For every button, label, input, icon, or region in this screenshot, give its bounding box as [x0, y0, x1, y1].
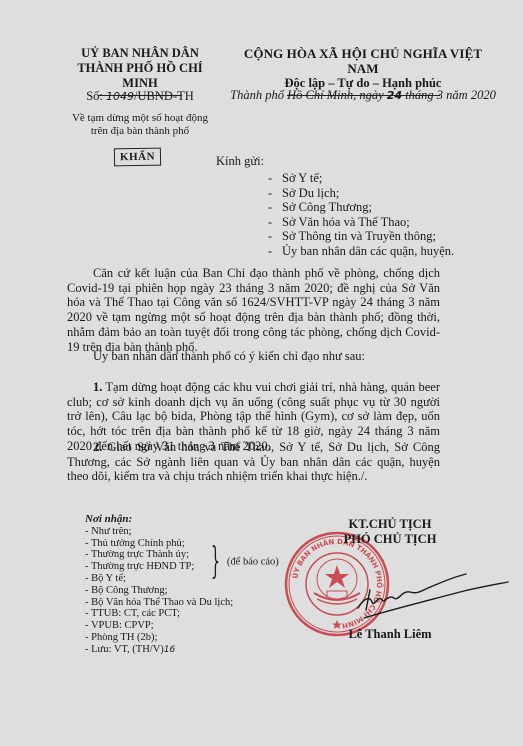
recipient-item: Ủy ban nhân dân các quận, huyện.: [268, 244, 454, 259]
signer-name: Lê Thanh Liêm: [320, 627, 460, 642]
doc-number-suffix: /UBND-TH: [134, 89, 194, 103]
item-2-number: 2.: [93, 440, 102, 454]
cc-item: Bộ Công Thương;: [85, 585, 233, 597]
cc-title: Nơi nhận:: [85, 514, 233, 526]
date-handwritten-day: 24: [387, 89, 402, 102]
body-paragraph-directive-intro: Ủy ban nhân dân thành phố có ý kiến chỉ …: [67, 349, 440, 364]
cc-list: Nơi nhận: Như trên; Thủ tướng Chính phủ;…: [85, 514, 233, 657]
recipients-label: Kính gửi:: [216, 154, 264, 169]
recipient-item: Sở Công Thương;: [268, 200, 454, 215]
document-subject: Về tạm dừng một số hoạt động trên địa bà…: [60, 112, 220, 138]
subject-line-1: Về tạm dừng một số hoạt động: [60, 112, 220, 125]
cc-handwritten-count: 16: [164, 645, 175, 655]
bracket-note: (để báo cáo): [227, 557, 279, 568]
cc-item: Bộ Văn hóa Thể Thao và Du lịch;: [85, 597, 233, 609]
cc-item: Phòng TH (2b);: [85, 632, 233, 644]
doc-number-handwritten: 1049: [106, 90, 134, 103]
signature-title: KT.CHỦ TỊCH PHÓ CHỦ TỊCH: [320, 517, 460, 547]
brace-icon: }: [211, 545, 220, 579]
item-2-text: Giao Sở Văn hóa và Thể Thao, Sở Y tế, Sở…: [67, 440, 440, 483]
body-paragraph-basis: Ủy ban nhân dân thành phố có ý kiến chỉ …: [67, 266, 440, 354]
item-1-number: 1.: [93, 380, 102, 394]
recipient-item: Sở Du lịch;: [268, 186, 454, 201]
nation-title: CỘNG HÒA XÃ HỘI CHỦ NGHĨA VIỆT NAM: [228, 46, 498, 76]
recipient-item: Sở Y tế;: [268, 171, 454, 186]
urgent-stamp: KHẨN: [114, 148, 161, 167]
agency-line-1: UỶ BAN NHÂN DÂN: [60, 46, 220, 61]
handwritten-signature-icon: [350, 570, 510, 630]
recipient-item: Sở Thông tin và Truyền thông;: [268, 229, 454, 244]
directive-intro-text: Ủy ban nhân dân thành phố có ý kiến chỉ …: [67, 349, 440, 364]
report-bracket: }(để báo cáo): [204, 545, 279, 579]
recipient-item: Sở Văn hóa và Thể Thao;: [268, 215, 454, 230]
document-number: Số: 1049/UBND-TH: [60, 89, 220, 104]
date-line: Thành phố Hồ Chí Minh, ngày 24 tháng 3 n…: [228, 88, 498, 103]
signature-title-line-1: KT.CHỦ TỊCH: [320, 517, 460, 532]
doc-number-prefix: Số:: [86, 89, 106, 103]
cc-item: Như trên;: [85, 526, 233, 538]
date-suffix: tháng 3 năm 2020: [402, 88, 496, 102]
cc-item: VPUB: CPVP;: [85, 620, 233, 632]
recipients-list: Sở Y tế; Sở Du lịch; Sở Công Thương; Sở …: [268, 171, 454, 259]
basis-text: Căn cứ kết luận của Ban Chỉ đạo thành ph…: [67, 266, 440, 354]
date-prefix: Thành phố Hồ Chí Minh, ngày: [230, 88, 387, 102]
subject-line-2: trên địa bàn thành phố: [60, 125, 220, 138]
body-item-2: 2. Giao Sở Văn hóa và Thể Thao, Sở Y tế,…: [67, 440, 440, 484]
signature-title-line-2: PHÓ CHỦ TỊCH: [320, 532, 460, 547]
cc-item-archive: Lưu: VT, (TH/V)16: [85, 644, 233, 657]
agency-line-2: THÀNH PHỐ HỒ CHÍ MINH: [60, 61, 220, 91]
cc-item: TTUB: CT, các PCT;: [85, 608, 233, 620]
